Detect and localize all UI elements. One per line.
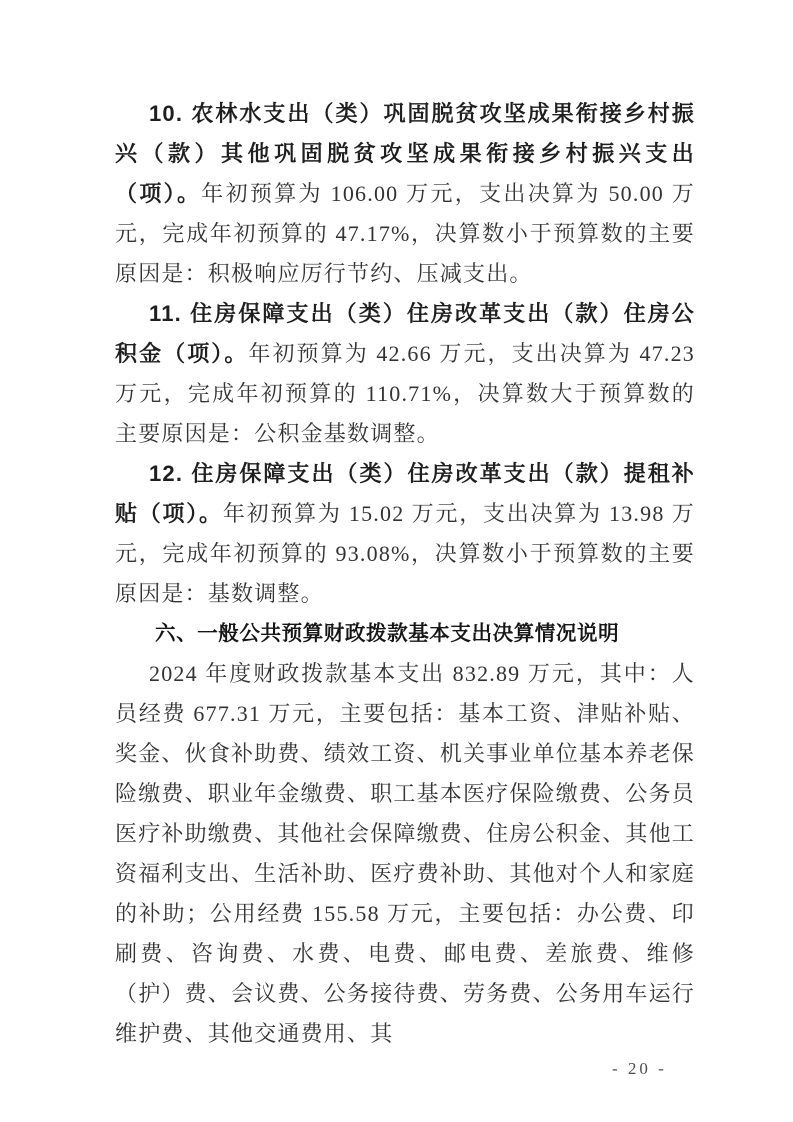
budget-item-10-detail: 年初预算为 106.00 万元，支出决算为 50.00 万元，完成年初预算的 4…: [115, 181, 695, 286]
document-body: 10. 农林水支出（类）巩固脱贫攻坚成果衔接乡村振兴（款）其他巩固脱贫攻坚成果衔…: [115, 94, 695, 1054]
budget-item-11-paragraph: 11. 住房保障支出（类）住房改革支出（款）住房公积金（项）。年初预算为 42.…: [115, 294, 695, 454]
document-page: 10. 农林水支出（类）巩固脱贫攻坚成果衔接乡村振兴（款）其他巩固脱贫攻坚成果衔…: [0, 0, 793, 1122]
page-footer: - 20 -: [0, 1056, 793, 1086]
page-number: - 20 -: [612, 1058, 667, 1080]
budget-item-12-paragraph: 12. 住房保障支出（类）住房改革支出（款）提租补贴（项）。年初预算为 15.0…: [115, 454, 695, 614]
section-six-heading: 六、一般公共预算财政拨款基本支出决算情况说明: [115, 614, 695, 654]
basic-expenditure-paragraph: 2024 年度财政拨款基本支出 832.89 万元，其中：人员经费 677.31…: [115, 654, 695, 1054]
budget-item-10-paragraph: 10. 农林水支出（类）巩固脱贫攻坚成果衔接乡村振兴（款）其他巩固脱贫攻坚成果衔…: [115, 94, 695, 294]
